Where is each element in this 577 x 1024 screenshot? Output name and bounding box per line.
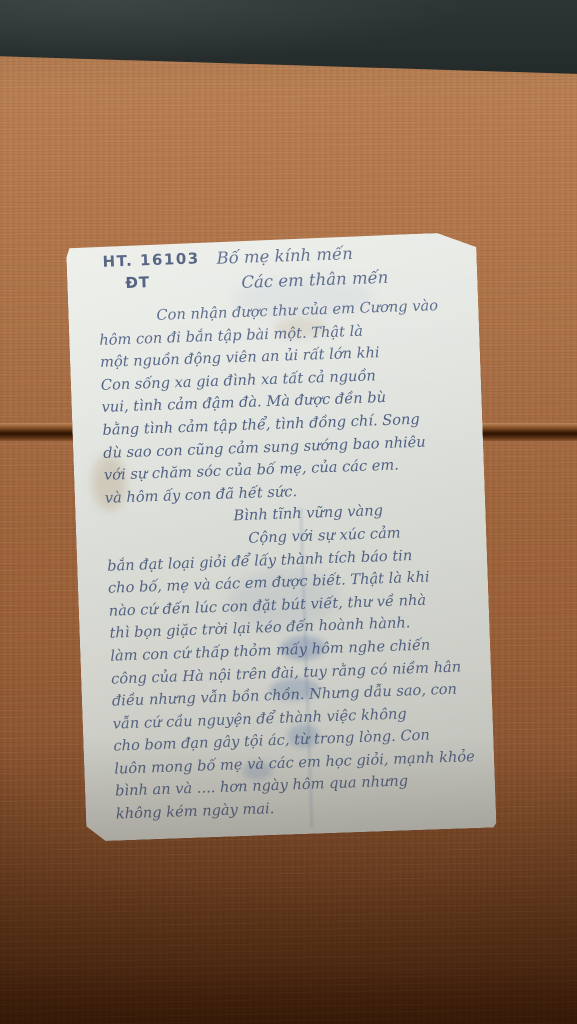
postal-code-unit: ĐT (125, 271, 201, 292)
letter-paper: HT. 16103 ĐT Bố mẹ kính mến Các em thân … (66, 232, 497, 842)
salutation-parents: Bố mẹ kính mến (216, 244, 353, 268)
photo-scene: HT. 16103 ĐT Bố mẹ kính mến Các em thân … (0, 0, 577, 1024)
letter-body: Con nhận được thư của em Cương vào hôm c… (98, 296, 490, 828)
postal-code: HT. 16103 ĐT (102, 249, 200, 292)
postal-code-number: HT. 16103 (102, 249, 200, 270)
salutation-siblings: Các em thân mến (241, 268, 389, 292)
